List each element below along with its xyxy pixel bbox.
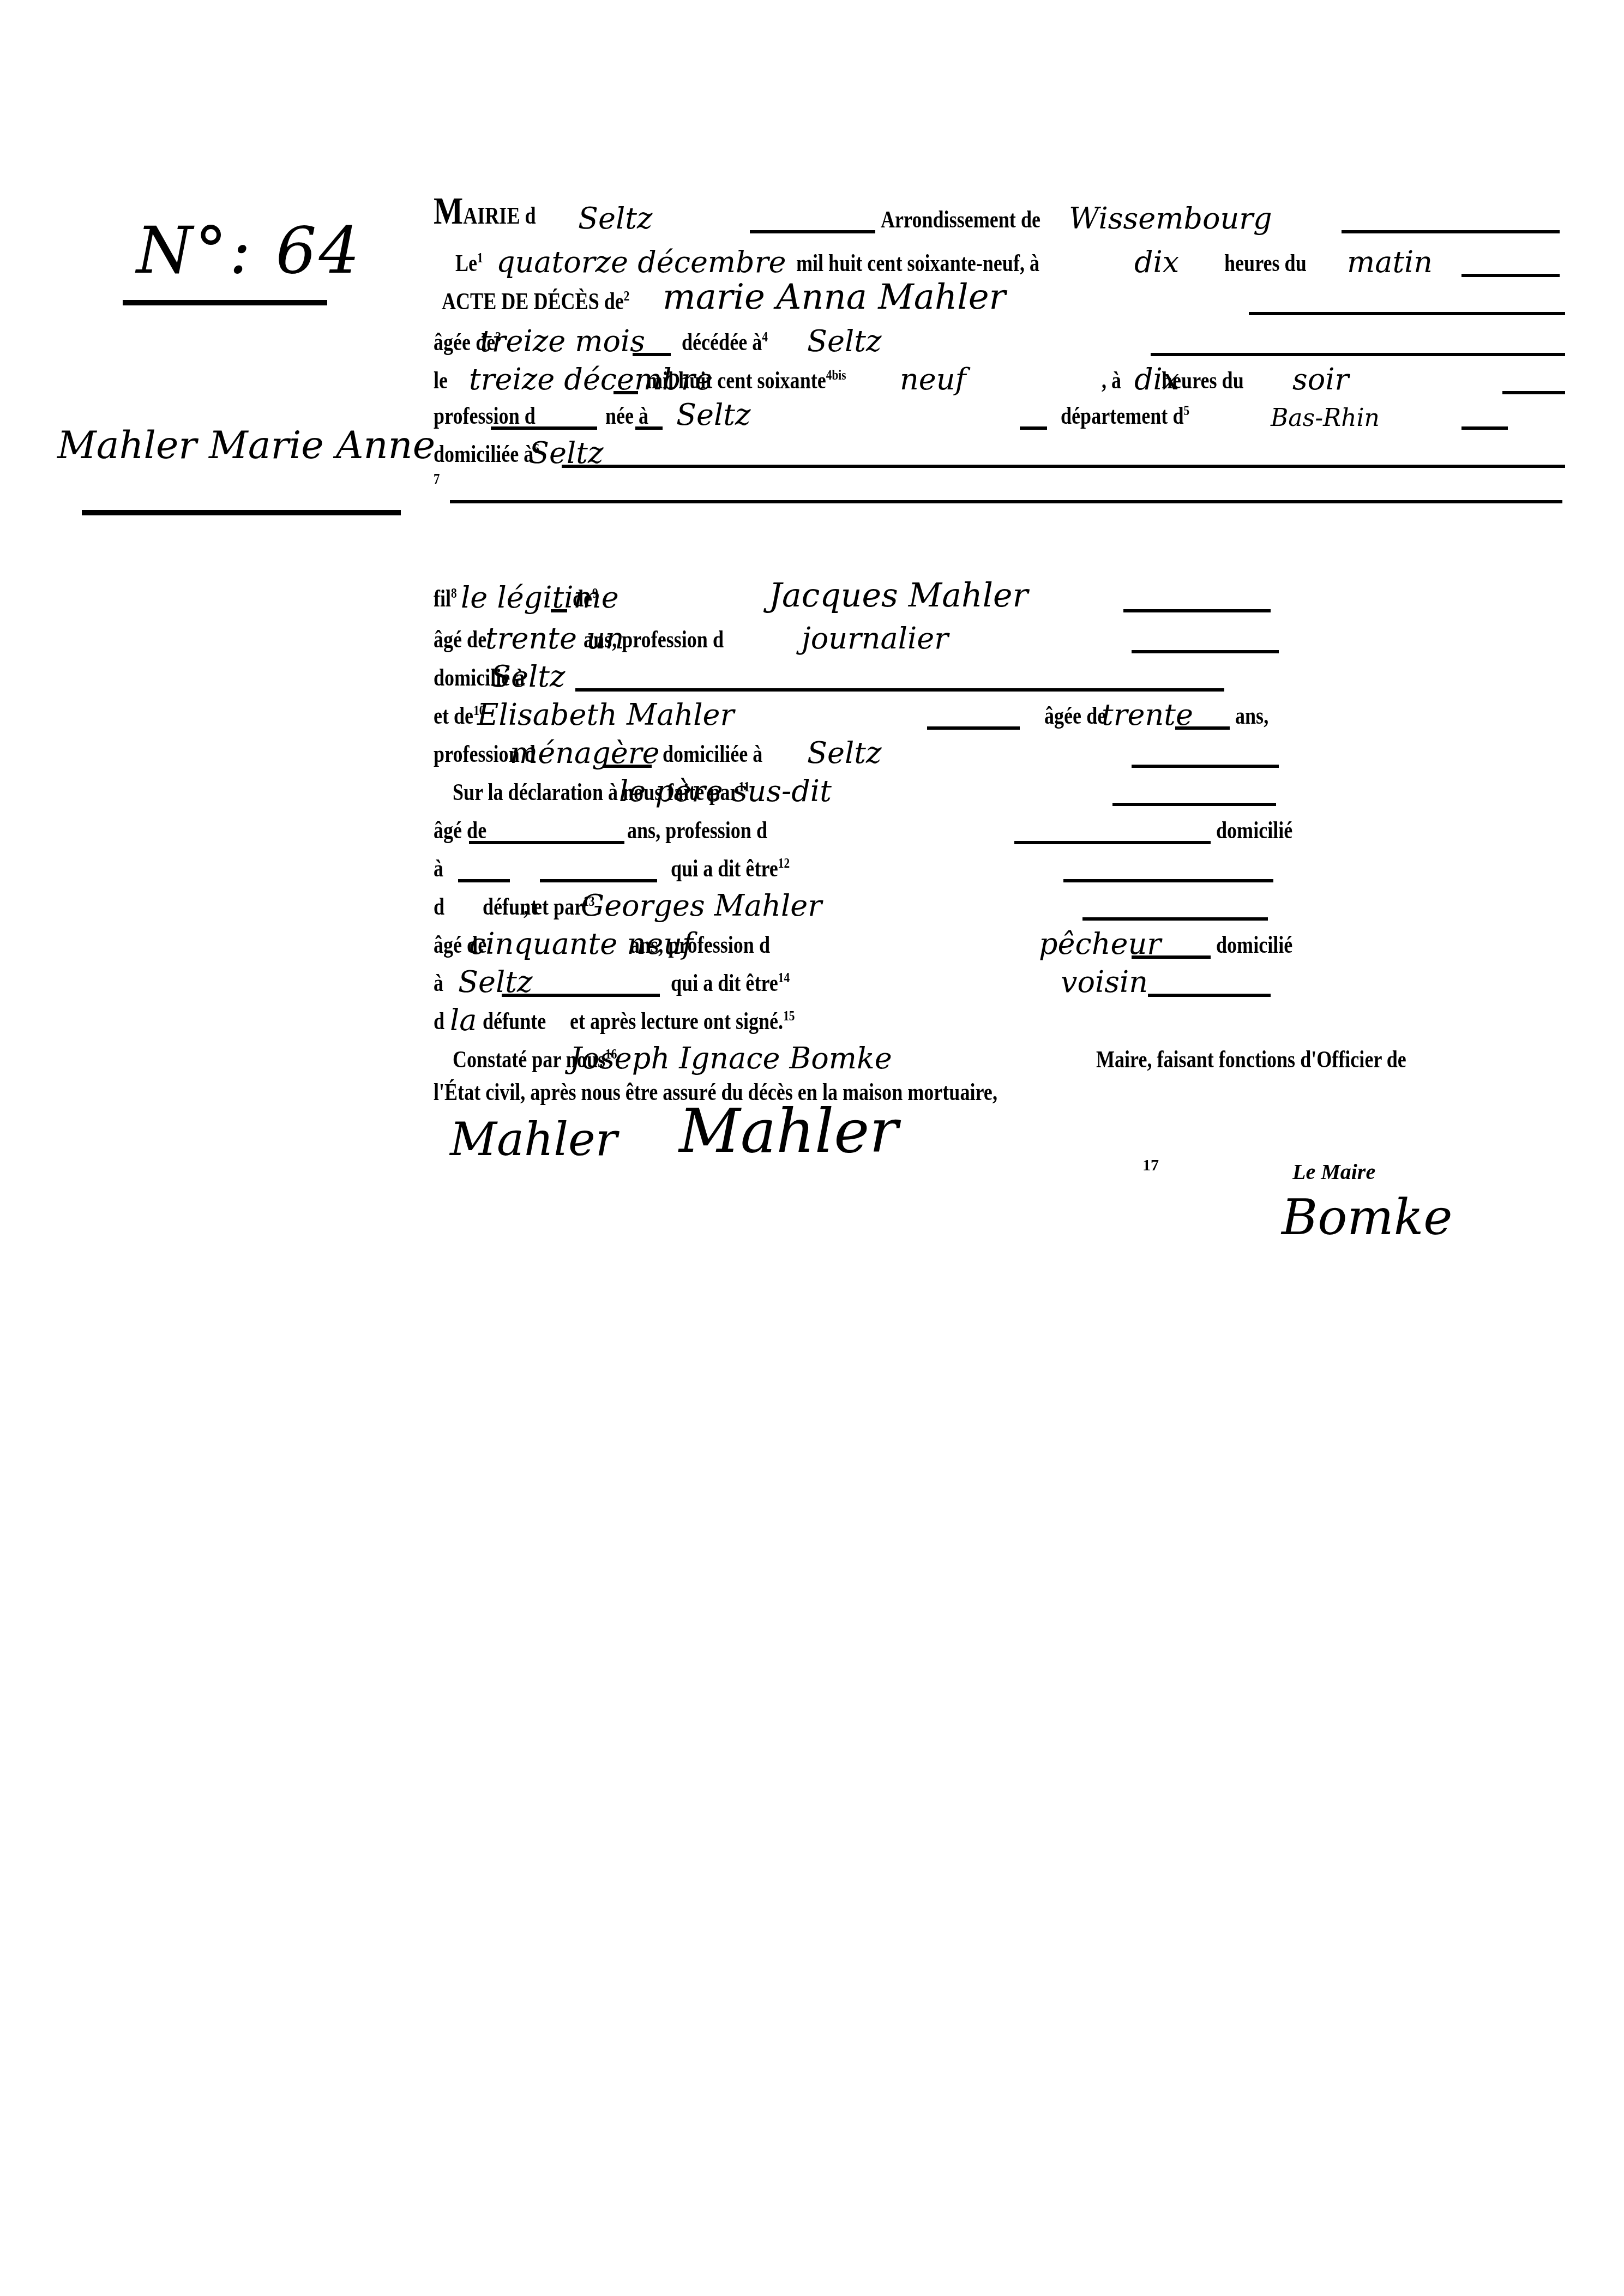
mayor-label: Le Maire [1292, 1159, 1375, 1185]
form-line-7: 7 [0, 455, 1624, 515]
mayor-signature: Bomke [1282, 1189, 1452, 1246]
mairie-label: MMAIRIE dAIRIE d [434, 190, 536, 233]
document-page: N°: 64 Mahler Marie Anne MMAIRIE dAIRIE … [0, 0, 1624, 2296]
footnote-17: 17 [1142, 1156, 1159, 1175]
witness1-signature: Mahler [450, 1113, 617, 1166]
blank-line [450, 500, 1562, 503]
witness2-signature: Mahler [679, 1096, 898, 1166]
line7-label: 7 [434, 471, 440, 488]
